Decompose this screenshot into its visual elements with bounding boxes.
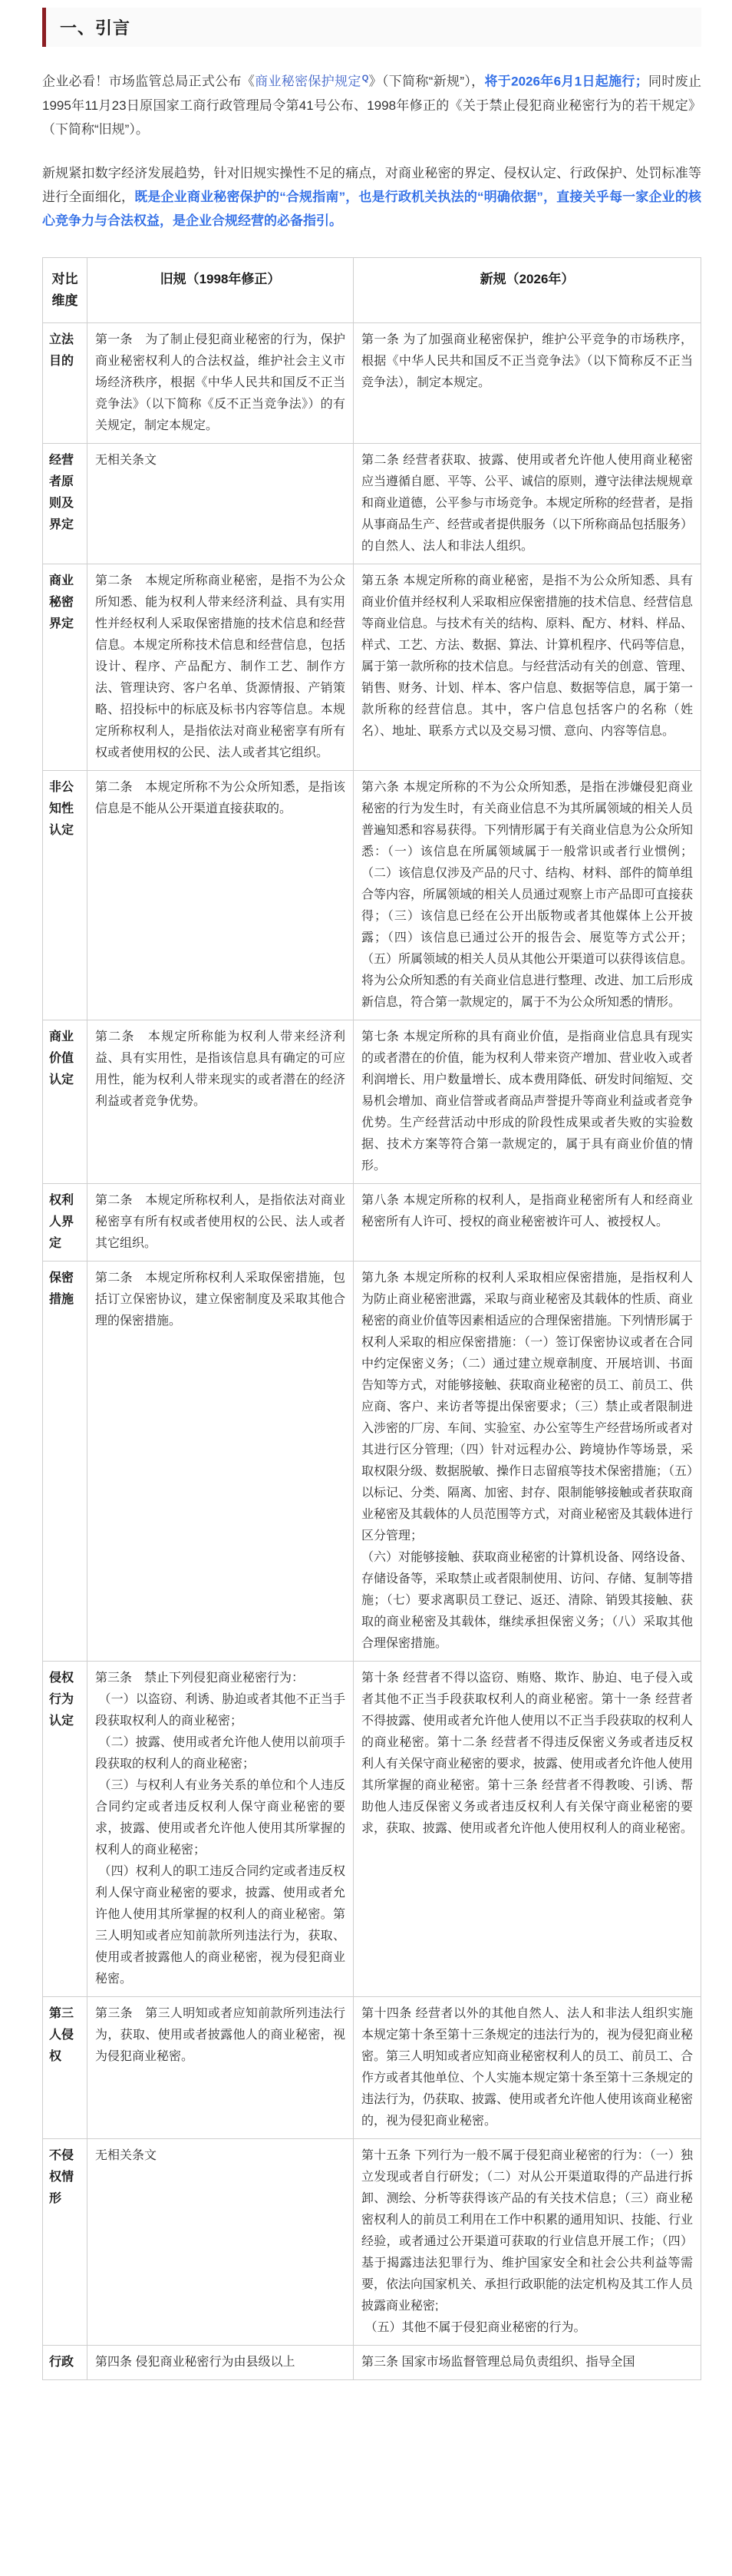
row-dimension-label: 商业秘密界定	[43, 564, 87, 770]
row-old-regulation-text: 第二条 本规定所称商业秘密，是指不为公众所知悉、能为权利人带来经济利益、具有实用…	[87, 564, 354, 770]
article-page: 一、引言 企业必看！市场监管总局正式公布《商业秘密保护规定Q》（下简称“新规”）…	[0, 0, 732, 2380]
row-new-regulation-text: 第二条 经营者获取、披露、使用或者允许他人使用商业秘密应当遵循自愿、平等、公平、…	[354, 443, 701, 564]
row-old-regulation-text: 第三条 禁止下列侵犯商业秘密行为： （一）以盗窃、利诱、胁迫或者其他不正当手段获…	[87, 1661, 354, 1996]
row-new-regulation-text: 第一条 为了加强商业秘密保护，维护公平竞争的市场秩序，根据《中华人民共和国反不正…	[354, 322, 701, 443]
row-dimension-label: 经营者原则及界定	[43, 443, 87, 564]
row-new-regulation-text: 第六条 本规定所称的不为公众所知悉，是指在涉嫌侵犯商业秘密的行为发生时，有关商业…	[354, 770, 701, 1020]
intro-paragraph-2: 新规紧扣数字经济发展趋势，针对旧规实操性不足的痛点，对商业秘密的界定、侵权认定、…	[42, 161, 701, 233]
row-old-regulation-text: 第三条 第三人明知或者应知前款所列违法行为，获取、使用或者披露他人的商业秘密，视…	[87, 1996, 354, 2138]
table-row: 立法目的 第一条 为了制止侵犯商业秘密的行为，保护商业秘密权利人的合法权益，维护…	[43, 322, 701, 443]
row-old-regulation-text: 第四条 侵犯商业秘密行为由县级以上	[87, 2345, 354, 2379]
table-row: 非公知性认定 第二条 本规定所称不为公众所知悉，是指该信息是不能从公开渠道直接获…	[43, 770, 701, 1020]
table-row: 侵权行为认定 第三条 禁止下列侵犯商业秘密行为： （一）以盗窃、利诱、胁迫或者其…	[43, 1661, 701, 1996]
row-new-regulation-text: 第三条 国家市场监督管理总局负责组织、指导全国	[354, 2345, 701, 2379]
table-header-old-regulation: 旧规（1998年修正）	[87, 257, 354, 322]
table-row: 权利人界定 第二条 本规定所称权利人，是指依法对商业秘密享有所有权或者使用权的公…	[43, 1183, 701, 1261]
row-dimension-label: 商业价值认定	[43, 1020, 87, 1183]
row-new-regulation-text: 第五条 本规定所称的商业秘密，是指不为公众所知悉、具有商业价值并经权利人采取相应…	[354, 564, 701, 770]
row-new-regulation-text: 第八条 本规定所称的权利人，是指商业秘密所有人和经商业秘密所有人许可、授权的商业…	[354, 1183, 701, 1261]
table-row: 保密措施 第二条 本规定所称权利人采取保密措施，包括订立保密协议，建立保密制度及…	[43, 1261, 701, 1661]
row-old-regulation-text: 第一条 为了制止侵犯商业秘密的行为，保护商业秘密权利人的合法权益，维护社会主义市…	[87, 322, 354, 443]
table-row: 商业秘密界定 第二条 本规定所称商业秘密，是指不为公众所知悉、能为权利人带来经济…	[43, 564, 701, 770]
table-header-row: 对比维度 旧规（1998年修正） 新规（2026年）	[43, 257, 701, 322]
regulation-link[interactable]: 商业秘密保护规定	[255, 74, 361, 89]
row-old-regulation-text: 第二条 本规定所称不为公众所知悉，是指该信息是不能从公开渠道直接获取的。	[87, 770, 354, 1020]
row-new-regulation-text: 第十五条 下列行为一般不属于侵犯商业秘密的行为：（一）独立发现或者自行研发；（二…	[354, 2138, 701, 2345]
row-dimension-label: 保密措施	[43, 1261, 87, 1661]
row-old-regulation-text: 无相关条文	[87, 443, 354, 564]
table-header-new-regulation: 新规（2026年）	[354, 257, 701, 322]
table-row: 行政 第四条 侵犯商业秘密行为由县级以上 第三条 国家市场监督管理总局负责组织、…	[43, 2345, 701, 2379]
row-dimension-label: 非公知性认定	[43, 770, 87, 1020]
row-old-regulation-text: 第二条 本规定所称权利人采取保密措施，包括订立保密协议，建立保密制度及采取其他合…	[87, 1261, 354, 1661]
row-new-regulation-text: 第十四条 经营者以外的其他自然人、法人和非法人组织实施本规定第十条至第十三条规定…	[354, 1996, 701, 2138]
row-old-regulation-text: 无相关条文	[87, 2138, 354, 2345]
intro-paragraph-1: 企业必看！市场监管总局正式公布《商业秘密保护规定Q》（下简称“新规”），将于20…	[42, 67, 701, 141]
comparison-table: 对比维度 旧规（1998年修正） 新规（2026年） 立法目的 第一条 为了制止…	[42, 257, 701, 2380]
row-old-regulation-text: 第二条 本规定所称能为权利人带来经济利益、具有实用性，是指该信息具有确定的可应用…	[87, 1020, 354, 1183]
significance-emphasis: 既是企业商业秘密保护的“合规指南”，也是行政机关执法的“明确依据”，直接关乎每一…	[42, 190, 701, 228]
effective-date-emphasis: 将于2026年6月1日起施行；	[484, 74, 648, 89]
row-old-regulation-text: 第二条 本规定所称权利人，是指依法对商业秘密享有所有权或者使用权的公民、法人或者…	[87, 1183, 354, 1261]
table-row: 第三人侵权 第三条 第三人明知或者应知前款所列违法行为，获取、使用或者披露他人的…	[43, 1996, 701, 2138]
row-dimension-label: 权利人界定	[43, 1183, 87, 1261]
section-heading-introduction: 一、引言	[42, 8, 701, 47]
table-row: 商业价值认定 第二条 本规定所称能为权利人带来经济利益、具有实用性，是指该信息具…	[43, 1020, 701, 1183]
row-dimension-label: 立法目的	[43, 322, 87, 443]
reference-search-icon[interactable]: Q	[362, 74, 369, 83]
p1-text-1: 企业必看！市场监管总局正式公布《	[42, 74, 255, 89]
row-new-regulation-text: 第十条 经营者不得以盗窃、贿赂、欺诈、胁迫、电子侵入或者其他不正当手段获取权利人…	[354, 1661, 701, 1996]
row-dimension-label: 第三人侵权	[43, 1996, 87, 2138]
table-header-dimension: 对比维度	[43, 257, 87, 322]
row-new-regulation-text: 第九条 本规定所称的权利人采取相应保密措施，是指权利人为防止商业秘密泄露，采取与…	[354, 1261, 701, 1661]
p1-text-2: 》（下简称“新规”），	[368, 74, 484, 89]
row-dimension-label: 行政	[43, 2345, 87, 2379]
row-new-regulation-text: 第七条 本规定所称的具有商业价值，是指商业信息具有现实的或者潜在的价值，能为权利…	[354, 1020, 701, 1183]
row-dimension-label: 侵权行为认定	[43, 1661, 87, 1996]
table-row: 不侵权情形 无相关条文 第十五条 下列行为一般不属于侵犯商业秘密的行为：（一）独…	[43, 2138, 701, 2345]
table-row: 经营者原则及界定 无相关条文 第二条 经营者获取、披露、使用或者允许他人使用商业…	[43, 443, 701, 564]
section-heading-text: 一、引言	[60, 18, 130, 38]
row-dimension-label: 不侵权情形	[43, 2138, 87, 2345]
